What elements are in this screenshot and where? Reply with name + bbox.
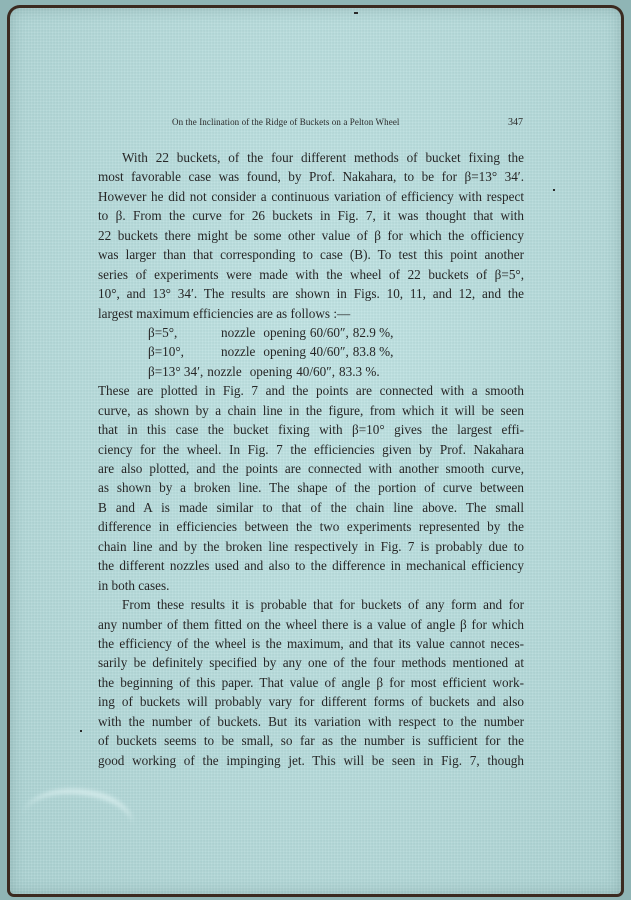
text-line: These are plotted in Fig. 7 and the poin… <box>98 381 524 400</box>
text-line: chain line and by the broken line respec… <box>98 537 524 556</box>
paragraph-3: From these results it is probable that f… <box>98 595 524 770</box>
opening-value: 60/60″, <box>310 323 349 342</box>
text-line: the different nozzles used and also to t… <box>98 556 524 575</box>
text-line: are also plotted, and the points are con… <box>98 459 524 478</box>
opening-value: 40/60″, <box>310 342 349 361</box>
running-title: On the Inclination of the Ridge of Bucke… <box>172 117 400 127</box>
text-line: difference in efficiencies between the t… <box>98 517 524 536</box>
result-row: β=10°, nozzle opening 40/60″, 83.8 %, <box>98 342 524 361</box>
text-line: was larger than that corresponding to ca… <box>98 245 524 264</box>
text-line: of buckets seems to be small, so far as … <box>98 731 524 750</box>
ink-speck <box>80 730 82 732</box>
opening-value: 40/60″, <box>296 362 335 381</box>
text-line: as shown by a broken line. The shape of … <box>98 478 524 497</box>
text-line: sarily be definitely specified by any on… <box>98 653 524 672</box>
text-line: However he did not consider a continuous… <box>98 187 524 206</box>
ink-speck <box>354 12 358 14</box>
text-line: 10°, and 13° 34′. The results are shown … <box>98 284 524 303</box>
scan-frame: On the Inclination of the Ridge of Bucke… <box>0 0 631 900</box>
text-line: B and A is made similar to that of the c… <box>98 498 524 517</box>
opening-label: opening <box>250 362 293 381</box>
nozzle-label: nozzle <box>207 362 241 381</box>
text-line: ciency for the wheel. In Fig. 7 the effi… <box>98 440 524 459</box>
text-line: 22 buckets there might be some other val… <box>98 226 524 245</box>
text-line: with the number of buckets. But its vari… <box>98 712 524 731</box>
text-line: curve, as shown by a chain line in the f… <box>98 401 524 420</box>
text-line: series of experiments were made with the… <box>98 265 524 284</box>
efficiency-value: 83.8 %, <box>353 342 394 361</box>
page-number: 347 <box>508 117 523 128</box>
text-line: ing of buckets will probably vary for di… <box>98 692 524 711</box>
paragraph-2: These are plotted in Fig. 7 and the poin… <box>98 381 524 595</box>
beta-value: β=10°, <box>148 342 221 361</box>
beta-value: β=13° 34′, <box>148 362 203 381</box>
efficiency-value: 82.9 %, <box>353 323 394 342</box>
ink-speck <box>553 189 555 191</box>
paragraph-1: With 22 buckets, of the four different m… <box>98 148 524 323</box>
opening-label: opening <box>263 323 306 342</box>
text-line: the beginning of this paper. That value … <box>98 673 524 692</box>
text-line: the efficiency of the wheel is the maxim… <box>98 634 524 653</box>
text-line: largest maximum efficiencies are as foll… <box>98 304 524 323</box>
result-row: β=5°, nozzle opening 60/60″, 82.9 %, <box>98 323 524 342</box>
nozzle-label: nozzle <box>221 323 255 342</box>
beta-value: β=5°, <box>148 323 221 342</box>
efficiency-value: 83.3 %. <box>339 362 380 381</box>
text-line: in both cases. <box>98 576 524 595</box>
results-list: β=5°, nozzle opening 60/60″, 82.9 %, β=1… <box>98 323 524 381</box>
text-line: With 22 buckets, of the four different m… <box>98 148 524 167</box>
text-line: that in this case the bucket fixing with… <box>98 420 524 439</box>
text-line: to β. From the curve for 26 buckets in F… <box>98 206 524 225</box>
text-line: From these results it is probable that f… <box>98 595 524 614</box>
text-line: any number of them fitted on the wheel t… <box>98 615 524 634</box>
text-line: good working of the impinging jet. This … <box>98 751 524 770</box>
body-text: With 22 buckets, of the four different m… <box>98 148 524 770</box>
text-line: most favorable case was found, by Prof. … <box>98 167 524 186</box>
result-row: β=13° 34′, nozzle opening 40/60″, 83.3 %… <box>98 362 524 381</box>
opening-label: opening <box>263 342 306 361</box>
nozzle-label: nozzle <box>221 342 255 361</box>
